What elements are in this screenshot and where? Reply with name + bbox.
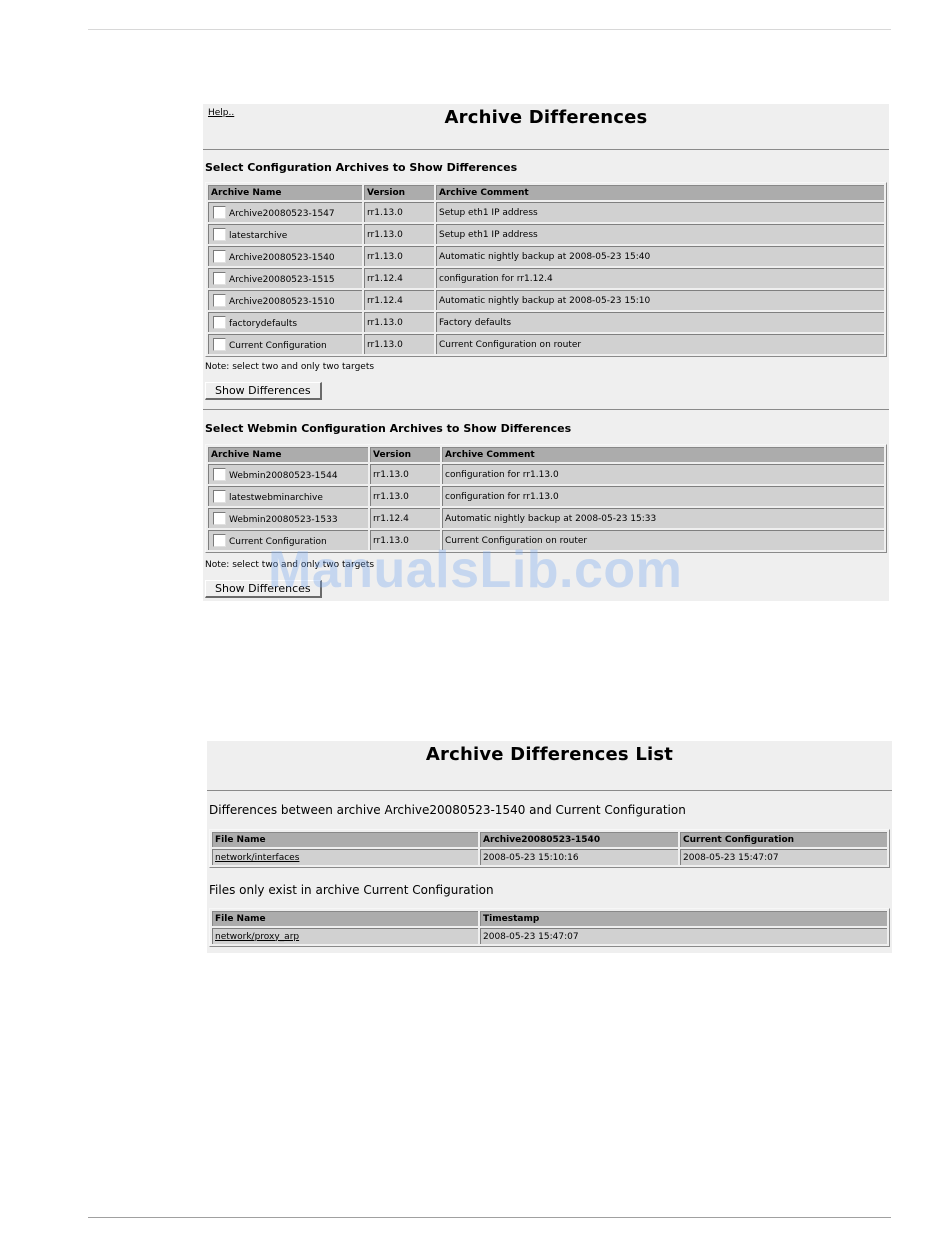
archive-timestamp-cell: 2008-05-23 15:10:16	[480, 849, 678, 865]
archive-checkbox[interactable]	[213, 490, 226, 503]
divider	[203, 409, 889, 410]
version-cell: rr1.13.0	[364, 202, 434, 222]
comment-cell: Setup eth1 IP address	[436, 202, 884, 222]
file-name-cell: network/proxy_arp	[212, 928, 478, 944]
divider	[203, 149, 889, 150]
selection-note: Note: select two and only two targets	[205, 560, 374, 570]
version-cell: rr1.12.4	[364, 268, 434, 288]
page-footer-rule	[88, 1217, 891, 1218]
archive-differences-list-panel: Archive Differences List Differences bet…	[207, 741, 892, 953]
comment-cell: Setup eth1 IP address	[436, 224, 884, 244]
page-title: Archive Differences	[203, 107, 889, 128]
file-link[interactable]: network/interfaces	[215, 853, 299, 863]
archive-name-cell: Current Configuration	[208, 530, 368, 550]
version-cell: rr1.13.0	[364, 312, 434, 332]
table-row: Webmin20080523-1544rr1.13.0configuration…	[208, 464, 884, 484]
only-exist-table: File Name Timestamp network/proxy_arp200…	[209, 908, 890, 947]
differences-list-title: Archive Differences List	[207, 744, 892, 765]
differences-table: File Name Archive20080523-1540 Current C…	[209, 829, 890, 868]
archive-checkbox[interactable]	[213, 316, 226, 329]
diff-heading: Differences between archive Archive20080…	[209, 803, 686, 817]
show-differences-button[interactable]: Show Differences	[205, 382, 322, 400]
column-header-current: Current Configuration	[680, 832, 887, 847]
archive-name-cell: Archive20080523-1515	[208, 268, 362, 288]
comment-cell: Current Configuration on router	[442, 530, 884, 550]
archive-name: Archive20080523-1510	[229, 297, 335, 307]
page-header-rule	[88, 29, 891, 30]
version-cell: rr1.13.0	[370, 464, 440, 484]
table-row: Webmin20080523-1533rr1.12.4Automatic nig…	[208, 508, 884, 528]
version-cell: rr1.13.0	[364, 224, 434, 244]
table-row: Archive20080523-1540rr1.13.0Automatic ni…	[208, 246, 884, 266]
table-row: network/interfaces2008-05-23 15:10:16200…	[212, 849, 887, 865]
comment-cell: Automatic nightly backup at 2008-05-23 1…	[436, 290, 884, 310]
table-row: network/proxy_arp2008-05-23 15:47:07	[212, 928, 887, 944]
selection-note: Note: select two and only two targets	[205, 362, 374, 372]
comment-cell: configuration for rr1.13.0	[442, 486, 884, 506]
archive-name-cell: Webmin20080523-1544	[208, 464, 368, 484]
archive-checkbox[interactable]	[213, 512, 226, 525]
archive-name-cell: Archive20080523-1547	[208, 202, 362, 222]
version-cell: rr1.13.0	[364, 246, 434, 266]
column-header-archive-name: Archive Name	[208, 447, 368, 462]
webmin-archives-table: Archive Name Version Archive Comment Web…	[205, 444, 887, 553]
archive-name: Archive20080523-1547	[229, 209, 335, 219]
comment-cell: Current Configuration on router	[436, 334, 884, 354]
version-cell: rr1.13.0	[370, 486, 440, 506]
archive-name: latestarchive	[229, 231, 287, 241]
archive-name: Webmin20080523-1533	[229, 515, 338, 525]
config-section-heading: Select Configuration Archives to Show Di…	[205, 161, 517, 174]
column-header-archive-name: Archive Name	[208, 185, 362, 200]
column-header-version: Version	[364, 185, 434, 200]
archive-checkbox[interactable]	[213, 294, 226, 307]
version-cell: rr1.12.4	[370, 508, 440, 528]
archive-checkbox[interactable]	[213, 272, 226, 285]
archive-name-cell: latestarchive	[208, 224, 362, 244]
version-cell: rr1.13.0	[364, 334, 434, 354]
file-name-cell: network/interfaces	[212, 849, 478, 865]
table-row: latestarchiverr1.13.0Setup eth1 IP addre…	[208, 224, 884, 244]
file-link[interactable]: network/proxy_arp	[215, 932, 299, 942]
comment-cell: Automatic nightly backup at 2008-05-23 1…	[442, 508, 884, 528]
comment-cell: Automatic nightly backup at 2008-05-23 1…	[436, 246, 884, 266]
table-row: Current Configurationrr1.13.0Current Con…	[208, 530, 884, 550]
only-exist-heading: Files only exist in archive Current Conf…	[209, 883, 494, 897]
show-webmin-differences-button[interactable]: Show Differences	[205, 580, 322, 598]
archive-name-cell: Current Configuration	[208, 334, 362, 354]
column-header-archive: Archive20080523-1540	[480, 832, 678, 847]
webmin-section-heading: Select Webmin Configuration Archives to …	[205, 422, 571, 435]
column-header-file-name: File Name	[212, 911, 478, 926]
table-row: Archive20080523-1547rr1.13.0Setup eth1 I…	[208, 202, 884, 222]
comment-cell: configuration for rr1.12.4	[436, 268, 884, 288]
column-header-file-name: File Name	[212, 832, 478, 847]
archive-name: Current Configuration	[229, 341, 327, 351]
current-timestamp-cell: 2008-05-23 15:47:07	[680, 849, 887, 865]
archive-checkbox[interactable]	[213, 534, 226, 547]
comment-cell: Factory defaults	[436, 312, 884, 332]
archive-name: factorydefaults	[229, 319, 297, 329]
archive-differences-panel: Help.. Archive Differences Select Config…	[203, 104, 889, 601]
column-header-timestamp: Timestamp	[480, 911, 887, 926]
archive-name: Webmin20080523-1544	[229, 471, 338, 481]
archive-checkbox[interactable]	[213, 468, 226, 481]
archive-name-cell: Archive20080523-1510	[208, 290, 362, 310]
column-header-archive-comment: Archive Comment	[436, 185, 884, 200]
archive-name-cell: Archive20080523-1540	[208, 246, 362, 266]
archive-name-cell: Webmin20080523-1533	[208, 508, 368, 528]
table-row: Archive20080523-1510rr1.12.4Automatic ni…	[208, 290, 884, 310]
archive-checkbox[interactable]	[213, 228, 226, 241]
version-cell: rr1.13.0	[370, 530, 440, 550]
column-header-version: Version	[370, 447, 440, 462]
archive-name: latestwebminarchive	[229, 493, 323, 503]
archive-name: Archive20080523-1515	[229, 275, 335, 285]
comment-cell: configuration for rr1.13.0	[442, 464, 884, 484]
version-cell: rr1.12.4	[364, 290, 434, 310]
archive-name: Current Configuration	[229, 537, 327, 547]
timestamp-cell: 2008-05-23 15:47:07	[480, 928, 887, 944]
archive-name-cell: latestwebminarchive	[208, 486, 368, 506]
archive-checkbox[interactable]	[213, 338, 226, 351]
table-row: latestwebminarchiverr1.13.0configuration…	[208, 486, 884, 506]
table-row: Current Configurationrr1.13.0Current Con…	[208, 334, 884, 354]
archive-name-cell: factorydefaults	[208, 312, 362, 332]
config-archives-table: Archive Name Version Archive Comment Arc…	[205, 182, 887, 357]
archive-checkbox[interactable]	[213, 250, 226, 263]
column-header-archive-comment: Archive Comment	[442, 447, 884, 462]
divider	[207, 790, 892, 791]
archive-checkbox[interactable]	[213, 206, 226, 219]
table-row: factorydefaultsrr1.13.0Factory defaults	[208, 312, 884, 332]
archive-name: Archive20080523-1540	[229, 253, 335, 263]
table-row: Archive20080523-1515rr1.12.4configuratio…	[208, 268, 884, 288]
